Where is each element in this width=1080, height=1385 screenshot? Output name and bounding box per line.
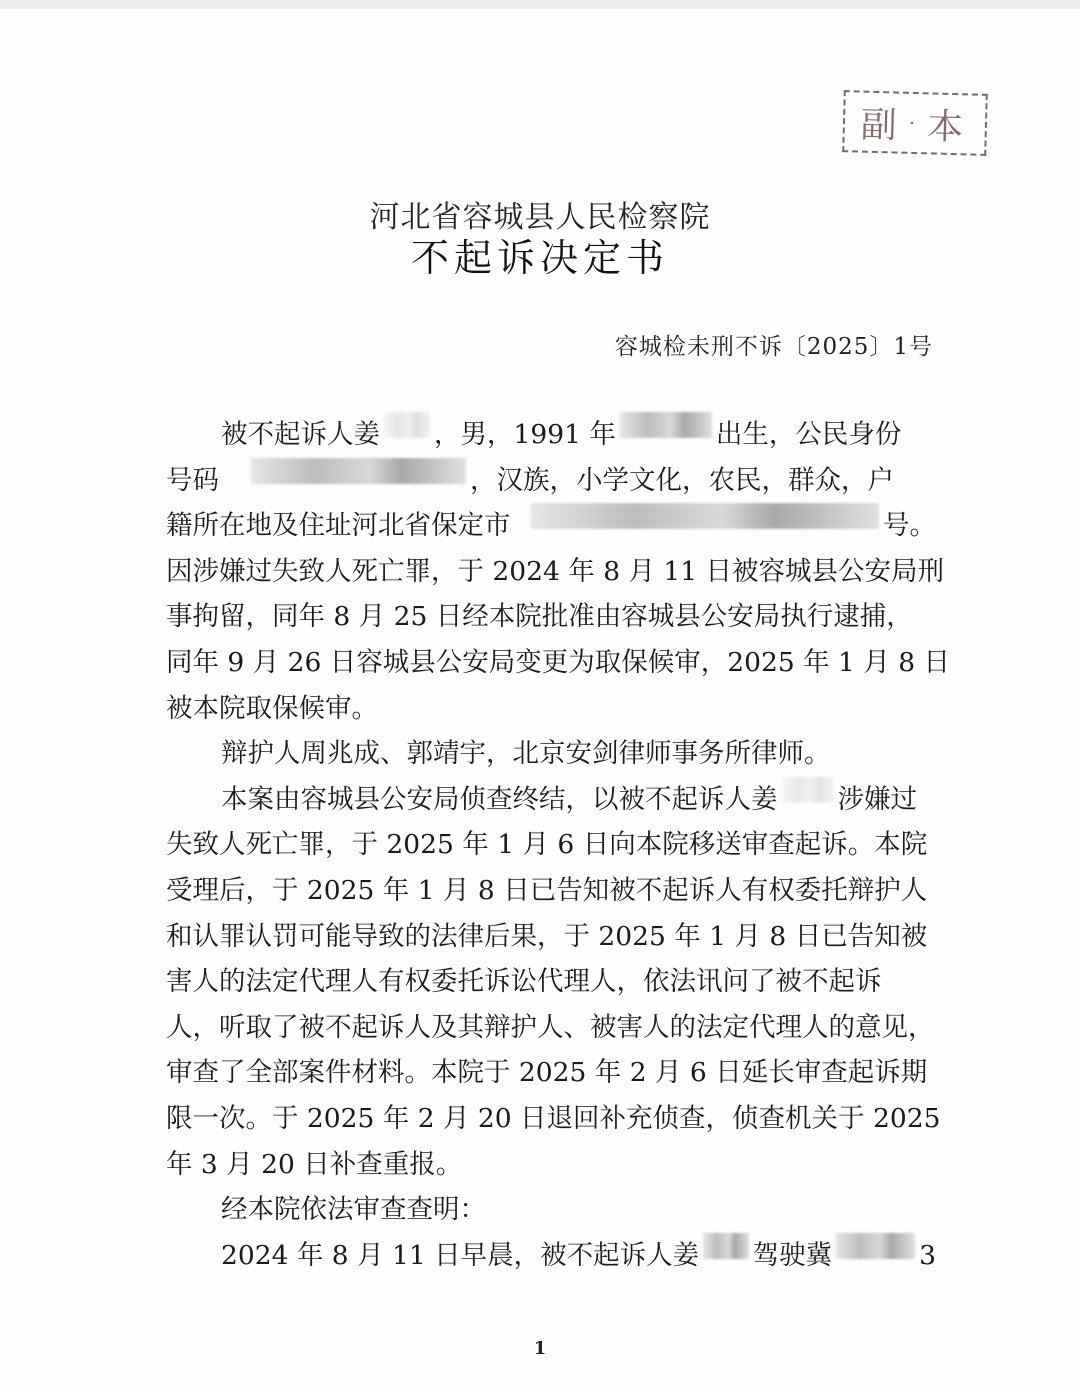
body-line: 人，听取了被不起诉人及其辩护人、被害人的法定代理人的意见， <box>166 1005 936 1051</box>
copy-stamp: 副 · 本 <box>842 90 988 156</box>
body-line: 限一次。于 2025 年 2 月 20 日退回补充侦查，侦查机关于 2025 <box>166 1096 936 1142</box>
page-number: 1 <box>0 1338 1080 1359</box>
body-line: 号码 ，汉族，小学文化，农民，群众，户 <box>166 458 936 504</box>
body-line: 审查了全部案件材料。本院于 2025 年 2 月 6 日延长审查起诉期 <box>166 1050 936 1096</box>
redacted-name <box>384 412 430 438</box>
body-line: 失致人死亡罪，于 2025 年 1 月 6 日向本院移送审查起诉。本院 <box>166 822 936 868</box>
redacted-name <box>703 1233 748 1259</box>
body-line: 因涉嫌过失致人死亡罪，于 2024 年 8 月 11 日被容城县公安局刑 <box>166 549 936 595</box>
body-line: 被本院取保候审。 <box>166 686 936 732</box>
viewer-top-bar <box>0 0 1080 9</box>
body-line: 同年 9 月 26 日容城县公安局变更为取保候审，2025 年 1 月 8 日 <box>166 640 936 686</box>
redacted-birthdate <box>620 412 712 438</box>
redacted-name <box>782 777 834 803</box>
body-line: 辩护人周兆成、郭靖宇，北京安剑律师事务所律师。 <box>166 731 936 777</box>
body-line: 籍所在地及住址河北省保定市 号。 <box>166 503 936 549</box>
stamp-char-1: 副 <box>860 96 903 148</box>
body-line: 2024 年 8 月 11 日早晨，被不起诉人姜 驾驶冀 3 <box>166 1233 936 1279</box>
body-line: 年 3 月 20 日补查重报。 <box>166 1142 936 1188</box>
stamp-char-2: 本 <box>927 98 970 150</box>
body-line: 本案由容城县公安局侦查终结，以被不起诉人姜 涉嫌过 <box>166 777 936 823</box>
redacted-id-number <box>251 458 466 484</box>
body-line: 被不起诉人姜 ，男，1991 年 出生，公民身份 <box>166 412 936 458</box>
stamp-dot: · <box>909 111 922 135</box>
document-body: 被不起诉人姜 ，男，1991 年 出生，公民身份 号码 ，汉族，小学文化，农民，… <box>166 412 936 1278</box>
body-line: 事拘留，同年 8 月 25 日经本院批准由容城县公安局执行逮捕， <box>166 594 936 640</box>
document-number: 容城检未刑不诉〔2025〕1号 <box>615 328 933 361</box>
body-line: 受理后，于 2025 年 1 月 8 日已告知被不起诉人有权委托辩护人 <box>166 868 936 914</box>
body-line: 和认罪认罚可能导致的法律后果，于 2025 年 1 月 8 日已告知被 <box>166 914 936 960</box>
document-title: 不起诉决定书 <box>0 227 1080 282</box>
redacted-plate <box>836 1233 915 1259</box>
redacted-address <box>531 503 880 529</box>
body-line: 经本院依法审查查明： <box>166 1187 936 1233</box>
body-line: 害人的法定代理人有权委托诉讼代理人，依法讯问了被不起诉 <box>166 959 936 1005</box>
